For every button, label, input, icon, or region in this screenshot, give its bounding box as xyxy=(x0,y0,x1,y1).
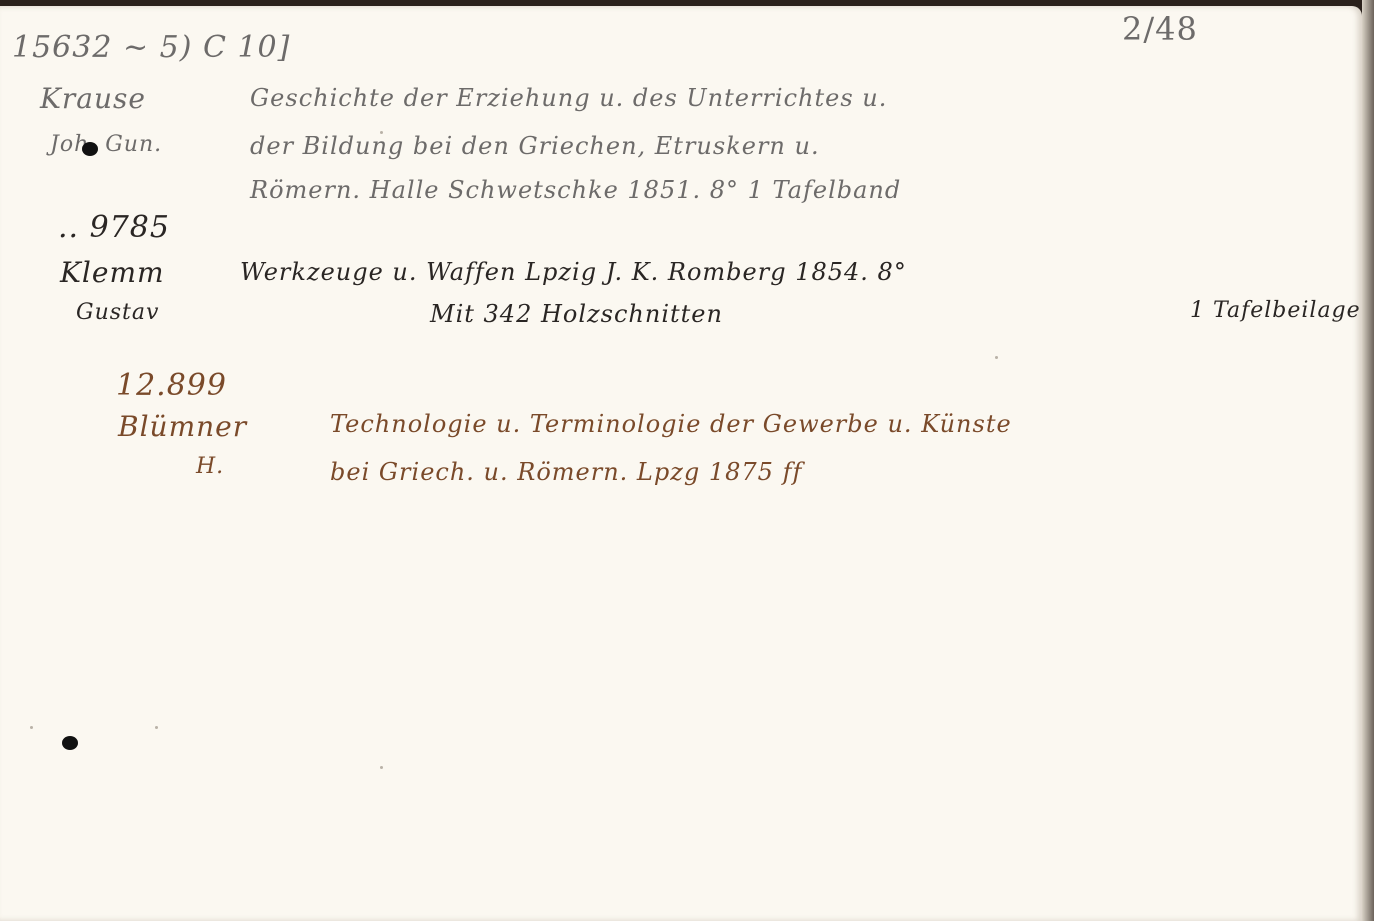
catalog-card: 2/48 15632 ~ 5) C 10] Krause Joh. Gun. G… xyxy=(0,6,1362,921)
ink-spot xyxy=(62,736,78,750)
ink-spot xyxy=(82,142,98,156)
title-line: bei Griech. u. Römern. Lpzg 1875 ff xyxy=(330,458,802,486)
title-line: Mit 342 Holzschnitten xyxy=(430,300,723,328)
title-line: Werkzeuge u. Waffen Lpzig J. K. Romberg … xyxy=(240,258,907,286)
title-line: Geschichte der Erziehung u. des Unterric… xyxy=(250,84,887,112)
supplement-note: 1 Tafelbeilage xyxy=(1190,298,1361,323)
title-line: Technologie u. Terminologie der Gewerbe … xyxy=(330,410,1012,438)
author-surname: Blümner xyxy=(118,410,247,443)
paper-fleck xyxy=(380,766,383,769)
title-line: Römern. Halle Schwetschke 1851. 8° 1 Taf… xyxy=(250,176,901,204)
author-given-name: Joh. Gun. xyxy=(50,132,162,157)
call-number: 12.899 xyxy=(116,368,227,403)
author-surname: Krause xyxy=(40,82,146,115)
paper-fleck xyxy=(995,356,998,359)
title-line: der Bildung bei den Griechen, Etruskern … xyxy=(250,132,820,160)
author-given-name: Gustav xyxy=(76,300,159,325)
card-page-number: 2/48 xyxy=(1122,10,1198,48)
author-surname: Klemm xyxy=(60,256,165,289)
card-edge xyxy=(1362,0,1374,921)
paper-fleck xyxy=(155,726,158,729)
call-number: .. 9785 xyxy=(58,210,170,245)
call-number: 15632 ~ 5) C 10] xyxy=(12,30,290,65)
author-given-name: H. xyxy=(196,454,224,479)
paper-fleck xyxy=(380,131,383,134)
paper-fleck xyxy=(30,726,33,729)
